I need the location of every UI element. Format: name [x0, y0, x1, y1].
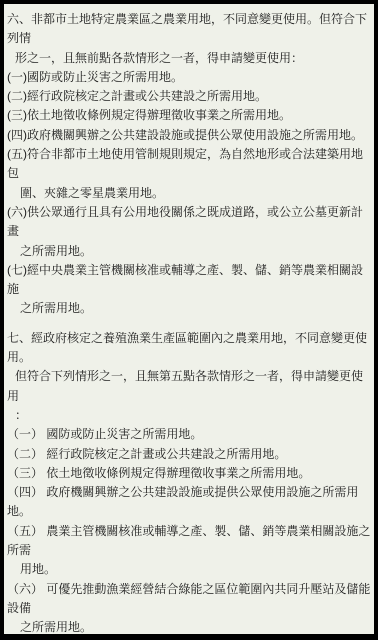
text-line: 之所需用地。	[7, 242, 372, 261]
document-body: 六、非都市土地特定農業區之農業用地，不同意變更使用。但符合下列情形之一，且無前點…	[7, 10, 372, 638]
text-line: 六、非都市土地特定農業區之農業用地，不同意變更使用。但符合下	[7, 10, 372, 29]
text-line: （六） 可優先推動漁業經營結合綠能之區位範圍內共同升壓站及儲能	[7, 580, 372, 599]
text-line: (三)依土地徵收條例規定得辦理徵收事業之所需用地。	[7, 106, 372, 125]
point-6: 六、非都市土地特定農業區之農業用地，不同意變更使用。但符合下列情形之一，且無前點…	[7, 10, 372, 319]
text-line: 之所需用地。	[7, 618, 372, 637]
text-line: (二)經行政院核定之計畫或公共建設之所需用地。	[7, 87, 372, 106]
text-line: 七、經政府核定之養殖漁業生產區範圍內之農業用地，不同意變更使	[7, 329, 372, 348]
text-line: 所需	[7, 541, 372, 560]
text-line: （五） 農業主管機關核准或輔導之產、製、儲、銷等農業相關設施之	[7, 522, 372, 541]
text-line: 包	[7, 164, 372, 183]
text-line: (一)國防或防止災害之所需用地。	[7, 68, 372, 87]
text-line: 地。	[7, 502, 372, 521]
text-line: (五)符合非都市土地使用管制規則規定，為自然地形或合法建築用地	[7, 145, 372, 164]
text-line: （四） 政府機關興辦之公共建設設施或提供公眾使用設施之所需用	[7, 483, 372, 502]
text-line: 但符合下列情形之一，且無第五點各款情形之一者，得申請變更使	[7, 367, 372, 386]
text-line: 用。	[7, 348, 372, 367]
text-line: 施	[7, 280, 372, 299]
text-line: 形之一，且無前點各款情形之一者，得申請變更使用：	[7, 49, 372, 68]
text-line: 用地。	[7, 560, 372, 579]
document-page[interactable]: 六、非都市土地特定農業區之農業用地，不同意變更使用。但符合下列情形之一，且無前點…	[0, 0, 378, 640]
text-line: 列情	[7, 29, 372, 48]
text-line: （三） 依土地徵收條例規定得辦理徵收事業之所需用地。	[7, 464, 372, 483]
text-line: （二） 經行政院核定之計畫或公共建設之所需用地。	[7, 445, 372, 464]
text-line: (六)供公眾通行且具有公用地役關係之既成道路，或公立公墓更新計	[7, 203, 372, 222]
text-line: 畫	[7, 222, 372, 241]
text-line: 之所需用地。	[7, 299, 372, 318]
text-line: 用	[7, 387, 372, 406]
point-7: 七、經政府核定之養殖漁業生產區範圍內之農業用地，不同意變更使用。但符合下列情形之…	[7, 329, 372, 638]
text-line: (四)政府機關興辦之公共建設設施或提供公眾使用設施之所需用地。	[7, 126, 372, 145]
text-line: (七)經中央農業主管機關核准或輔導之產、製、儲、銷等農業相關設	[7, 261, 372, 280]
text-line: ：	[7, 406, 372, 425]
text-line: （一） 國防或防止災害之所需用地。	[7, 425, 372, 444]
text-line: 圍、夾雜之零星農業用地。	[7, 184, 372, 203]
text-line: 設備	[7, 599, 372, 618]
